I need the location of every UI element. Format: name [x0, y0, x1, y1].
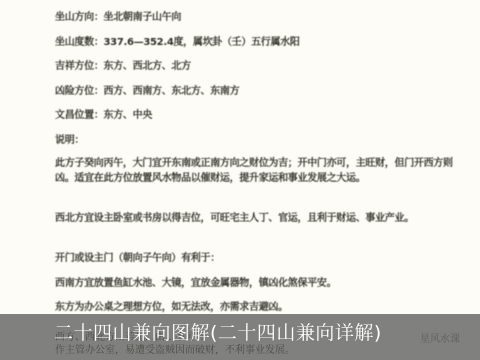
paragraph: 西北方宜设主卧室或书房以得吉位，可旺宅主人丁、官运，且利于财运、事业产业。	[55, 211, 465, 226]
info-label: 凶险方位	[55, 86, 94, 97]
info-line-inauspicious-directions: 凶险方位：西方、西南方、东北方、东南方	[55, 82, 239, 97]
section-heading: 说明：	[55, 131, 84, 146]
info-value: 西方、西南方、东北方、东南方	[104, 86, 240, 97]
paragraph: 开门或设主门（朝向子午向）有利于：	[55, 251, 465, 266]
info-value: 337.6—352.4度，属坎卦（壬）五行属水阳	[104, 37, 300, 48]
document-body: 坐山方向：坐北朝南子山午向 坐山度数：337.6—352.4度，属坎卦（壬）五行…	[0, 0, 480, 360]
paragraph: 西南方宜放置鱼缸水池、大镜，宜放金属器物，镇凶化煞保平安。	[55, 276, 465, 291]
info-value: 东方、中央	[104, 110, 153, 121]
watermark: 星风水课	[420, 330, 460, 345]
info-label: 坐山方向	[55, 12, 94, 23]
info-label: 坐山度数	[55, 37, 94, 48]
info-line-wenchang-position: 文昌位置：东方、中央	[55, 106, 152, 121]
banner-title: 二十四山兼向图解(二十四山兼向详解)	[54, 318, 382, 345]
info-line-sitting-direction: 坐山方向：坐北朝南子山午向	[55, 8, 181, 23]
info-label: 文昌位置	[55, 110, 94, 121]
paragraph: 东方为办公桌之理想方位，如无法改，亦需求吉避凶。	[55, 300, 465, 315]
info-line-sitting-degrees: 坐山度数：337.6—352.4度，属坎卦（壬）五行属水阳	[55, 33, 300, 48]
paragraph: 此方子癸向丙午，大门宜开东南或正南方向之财位为吉；开中门亦可，主旺财，但门开西方…	[55, 156, 465, 186]
info-value: 坐北朝南子山午向	[104, 12, 182, 23]
underlying-last-line: 作主管办公室，易遭受盗贼因而破财，不利事业发展。	[55, 344, 475, 357]
info-line-auspicious-directions: 吉祥方位：东方、西北方、北方	[55, 57, 191, 72]
info-label: 吉祥方位	[55, 61, 94, 72]
info-value: 东方、西北方、北方	[104, 61, 191, 72]
